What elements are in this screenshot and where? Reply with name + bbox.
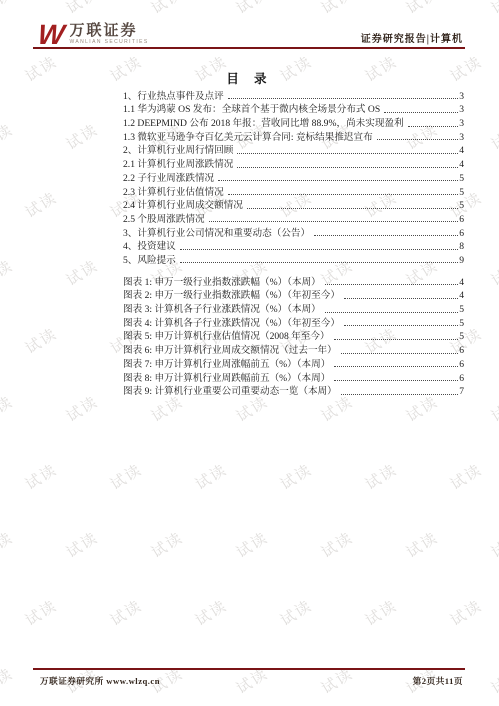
trial-watermark: 试读 xyxy=(62,119,102,155)
toc-item-label: 3、计算机行业公司情况和重要动态（公告） xyxy=(123,225,310,239)
figure-item-page-number: 5 xyxy=(459,331,464,342)
document-page: 试读试读试读试读试读试读试读试读试读试读试读试读试读试读试读试读试读试读试读试读… xyxy=(0,0,499,706)
figure-item: 图表 7: 申万计算机行业周涨幅前五（%）（本周）6 xyxy=(123,356,464,370)
dot-leader xyxy=(218,180,458,181)
footer-divider xyxy=(33,668,465,670)
footer-institute-label: 万联证券研究所 www.wlzq.cn xyxy=(40,675,160,687)
trial-watermark: 试读 xyxy=(0,527,17,563)
toc-item-page-number: 5 xyxy=(459,173,464,184)
trial-watermark: 试读 xyxy=(276,595,316,631)
trial-watermark: 试读 xyxy=(21,595,61,631)
dot-leader xyxy=(209,221,459,222)
trial-watermark: 试读 xyxy=(0,119,17,155)
trial-watermark: 试读 xyxy=(62,0,102,18)
toc-list: 1、行业热点事件及点评31.1 华为鸿蒙 OS 发布：全球首个基于微内核全场景分… xyxy=(123,88,464,266)
figure-item-label: 图表 9: 计算机行业重要公司重要动态一览（本周） xyxy=(123,383,337,397)
trial-watermark: 试读 xyxy=(21,323,61,359)
figure-item-label: 图表 6: 申万计算机行业周成交额情况（过去一年） xyxy=(123,342,337,356)
toc-item-label: 1、行业热点事件及点评 xyxy=(123,88,224,102)
figure-item-label: 图表 2: 申万一级行业指数涨跌幅（%）（年初至今） xyxy=(123,287,340,301)
trial-watermark: 试读 xyxy=(0,663,17,699)
trial-watermark: 试读 xyxy=(106,595,146,631)
figure-item-label: 图表 5: 申万计算机行业估值情况（2008 年至今） xyxy=(123,328,330,342)
dot-leader xyxy=(314,235,458,236)
trial-watermark: 试读 xyxy=(276,459,316,495)
dot-leader xyxy=(180,262,458,263)
toc-item-label: 2.4 计算机行业周成交额情况 xyxy=(123,197,243,211)
wanlian-logo: W 万联证券 WANLIAN SECURITIES xyxy=(38,22,149,47)
toc-item-page-number: 6 xyxy=(459,214,464,225)
toc-item: 2.2 子行业周涨跌情况5 xyxy=(123,170,464,184)
dot-leader xyxy=(334,380,458,381)
toc-item-label: 2.1 计算机行业周涨跌情况 xyxy=(123,156,233,170)
toc-item-page-number: 5 xyxy=(459,200,464,211)
toc-item: 2、计算机行业周行情回顾4 xyxy=(123,143,464,157)
logo-name-en: WANLIAN SECURITIES xyxy=(69,39,148,46)
report-type-label: 证券研究报告|计算机 xyxy=(361,30,463,47)
trial-watermark: 试读 xyxy=(446,459,486,495)
trial-watermark: 试读 xyxy=(446,595,486,631)
figure-item: 图表 9: 计算机行业重要公司重要动态一览（本周）7 xyxy=(123,384,464,398)
dot-leader xyxy=(334,366,458,367)
trial-watermark: 试读 xyxy=(487,527,499,563)
figure-item: 图表 4: 计算机各子行业涨跌情况（%）（年初至今）5 xyxy=(123,315,464,329)
toc-item-page-number: 9 xyxy=(459,255,464,266)
dot-leader xyxy=(341,394,458,395)
toc-item-label: 1.1 华为鸿蒙 OS 发布：全球首个基于微内核全场景分布式 OS xyxy=(123,101,380,115)
toc-item-page-number: 6 xyxy=(459,228,464,239)
report-header: W 万联证券 WANLIAN SECURITIES 证券研究报告|计算机 xyxy=(38,19,463,47)
toc-item-page-number: 4 xyxy=(459,159,464,170)
logo-w-icon: W xyxy=(37,22,66,47)
dot-leader xyxy=(180,249,458,250)
toc-item-page-number: 3 xyxy=(459,118,464,129)
toc-item-label: 5、风险提示 xyxy=(123,252,176,266)
toc-item-page-number: 8 xyxy=(459,241,464,252)
trial-watermark: 试读 xyxy=(487,391,499,427)
figure-item: 图表 3: 计算机各子行业涨跌情况（%）（本周）5 xyxy=(123,301,464,315)
trial-watermark: 试读 xyxy=(191,459,231,495)
trial-watermark: 试读 xyxy=(147,527,187,563)
toc-item-page-number: 5 xyxy=(459,187,464,198)
trial-watermark: 试读 xyxy=(361,459,401,495)
toc-item: 2.1 计算机行业周涨跌情况4 xyxy=(123,156,464,170)
figure-item-page-number: 4 xyxy=(459,290,464,301)
trial-watermark: 试读 xyxy=(21,459,61,495)
figure-item-label: 图表 1: 申万一级行业指数涨跌幅（%）（本周） xyxy=(123,274,321,288)
toc-item: 4、投资建议8 xyxy=(123,239,464,253)
toc-item: 3、计算机行业公司情况和重要动态（公告）6 xyxy=(123,225,464,239)
figure-item: 图表 1: 申万一级行业指数涨跌幅（%）（本周）4 xyxy=(123,274,464,288)
toc-item-label: 1.2 DEEPMIND 公布 2018 年报：营收同比增 88.9%，尚未实现… xyxy=(123,115,404,129)
dot-leader xyxy=(325,312,458,313)
figure-list: 图表 1: 申万一级行业指数涨跌幅（%）（本周）4图表 2: 申万一级行业指数涨… xyxy=(123,274,464,397)
trial-watermark: 试读 xyxy=(191,595,231,631)
dot-leader xyxy=(384,112,458,113)
trial-watermark: 试读 xyxy=(487,663,499,699)
trial-watermark: 试读 xyxy=(147,0,187,18)
figure-item-page-number: 5 xyxy=(459,304,464,315)
figure-item-label: 图表 8: 申万计算机行业周跌幅前五（%）（本周） xyxy=(123,370,330,384)
figure-item-label: 图表 4: 计算机各子行业涨跌情况（%）（年初至今） xyxy=(123,315,340,329)
trial-watermark: 试读 xyxy=(0,255,17,291)
dot-leader xyxy=(408,126,459,127)
toc-item-label: 2.5 个股周涨跌情况 xyxy=(123,211,205,225)
figure-item-page-number: 6 xyxy=(459,373,464,384)
dot-leader xyxy=(344,298,458,299)
figure-item-page-number: 7 xyxy=(459,386,464,397)
toc-item: 1.1 华为鸿蒙 OS 发布：全球首个基于微内核全场景分布式 OS3 xyxy=(123,102,464,116)
figure-item: 图表 6: 申万计算机行业周成交额情况（过去一年）6 xyxy=(123,342,464,356)
dot-leader xyxy=(237,153,458,154)
trial-watermark: 试读 xyxy=(317,527,357,563)
figure-item-page-number: 6 xyxy=(459,359,464,370)
trial-watermark: 试读 xyxy=(487,0,499,18)
dot-leader xyxy=(228,98,458,99)
trial-watermark: 试读 xyxy=(0,391,17,427)
toc-item-label: 4、投资建议 xyxy=(123,238,176,252)
trial-watermark: 试读 xyxy=(232,527,272,563)
trial-watermark: 试读 xyxy=(402,0,442,18)
toc-item-label: 1.3 微软亚马逊争夺百亿美元云计算合同: 竞标结果推迟宣布 xyxy=(123,129,373,143)
trial-watermark: 试读 xyxy=(487,255,499,291)
header-divider xyxy=(33,47,465,49)
logo-text: 万联证券 WANLIAN SECURITIES xyxy=(69,22,148,46)
figure-item: 图表 5: 申万计算机行业估值情况（2008 年至今）5 xyxy=(123,329,464,343)
figure-item: 图表 8: 申万计算机行业周跌幅前五（%）（本周）6 xyxy=(123,370,464,384)
figure-item-page-number: 4 xyxy=(459,277,464,288)
trial-watermark: 试读 xyxy=(487,119,499,155)
toc-item: 2.4 计算机行业周成交额情况5 xyxy=(123,198,464,212)
figure-item-page-number: 5 xyxy=(459,318,464,329)
page-title: 目 录 xyxy=(0,69,499,87)
dot-leader xyxy=(237,167,458,168)
trial-watermark: 试读 xyxy=(106,459,146,495)
toc-item-page-number: 3 xyxy=(459,91,464,102)
toc-item-label: 2、计算机行业周行情回顾 xyxy=(123,142,233,156)
toc-item-page-number: 3 xyxy=(459,104,464,115)
toc-item: 5、风险提示9 xyxy=(123,252,464,266)
figure-item: 图表 2: 申万一级行业指数涨跌幅（%）（年初至今）4 xyxy=(123,288,464,302)
toc-item-page-number: 3 xyxy=(459,132,464,143)
toc-item-label: 2.3 计算机行业估值情况 xyxy=(123,184,224,198)
dot-leader xyxy=(228,194,458,195)
dot-leader xyxy=(325,284,458,285)
toc-item: 1.2 DEEPMIND 公布 2018 年报：营收同比增 88.9%，尚未实现… xyxy=(123,115,464,129)
toc-item-label: 2.2 子行业周涨跌情况 xyxy=(123,170,214,184)
trial-watermark: 试读 xyxy=(0,0,17,18)
figure-item-page-number: 6 xyxy=(459,345,464,356)
dot-leader xyxy=(377,139,458,140)
dot-leader xyxy=(341,353,458,354)
trial-watermark: 试读 xyxy=(402,527,442,563)
toc-item: 2.3 计算机行业估值情况5 xyxy=(123,184,464,198)
trial-watermark: 试读 xyxy=(317,0,357,18)
toc-item: 1、行业热点事件及点评3 xyxy=(123,88,464,102)
trial-watermark: 试读 xyxy=(62,255,102,291)
figure-item-label: 图表 3: 计算机各子行业涨跌情况（%）（本周） xyxy=(123,301,321,315)
dot-leader xyxy=(334,339,459,340)
trial-watermark: 试读 xyxy=(62,391,102,427)
dot-leader xyxy=(344,325,458,326)
trial-watermark: 试读 xyxy=(62,527,102,563)
toc-item: 2.5 个股周涨跌情况6 xyxy=(123,211,464,225)
trial-watermark: 试读 xyxy=(361,595,401,631)
page-footer: 万联证券研究所 www.wlzq.cn 第2页共11页 xyxy=(40,675,463,687)
toc-item-page-number: 4 xyxy=(459,145,464,156)
footer-page-number: 第2页共11页 xyxy=(413,675,463,687)
trial-watermark: 试读 xyxy=(232,0,272,18)
figure-item-label: 图表 7: 申万计算机行业周涨幅前五（%）（本周） xyxy=(123,356,330,370)
trial-watermark: 试读 xyxy=(21,187,61,223)
toc-item: 1.3 微软亚马逊争夺百亿美元云计算合同: 竞标结果推迟宣布3 xyxy=(123,129,464,143)
logo-name-cn: 万联证券 xyxy=(69,22,148,39)
dot-leader xyxy=(247,208,458,209)
